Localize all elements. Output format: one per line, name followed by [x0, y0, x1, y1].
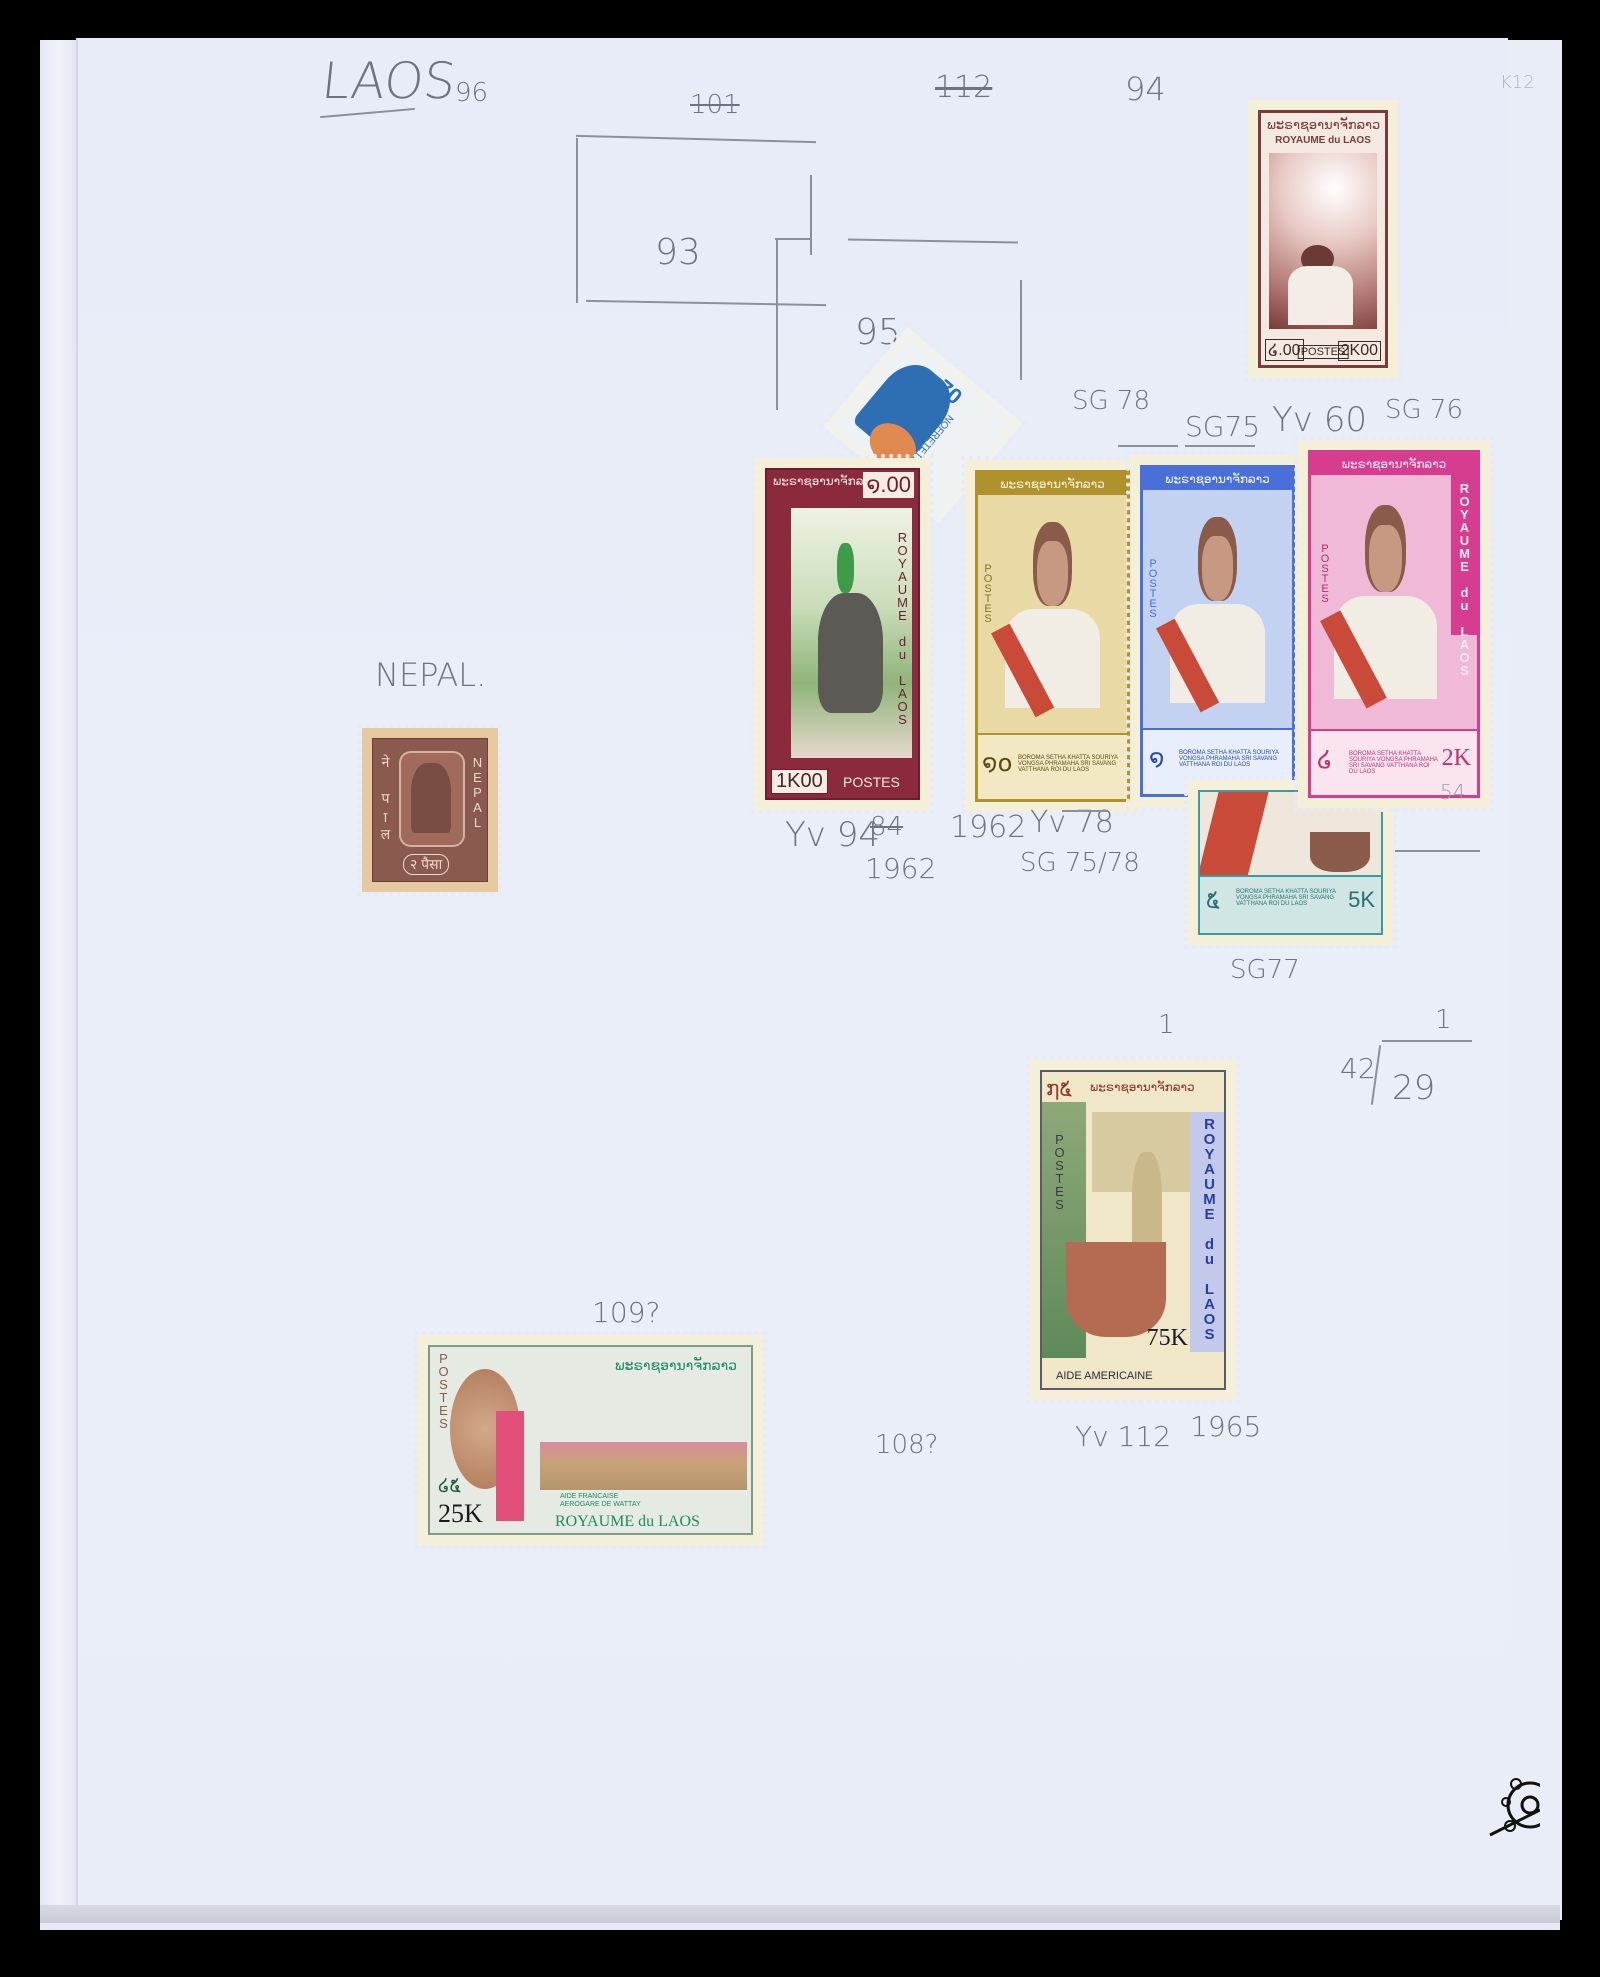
stamp-caption-line2: AEROGARE DE WATTAY: [560, 1501, 641, 1508]
stamp-caption-line1: AIDE FRANCAISE: [560, 1493, 618, 1500]
stamp-title: ROYAUME du LAOS: [1267, 135, 1379, 146]
stamp-script: ພະຣາຊອານາຈັກລາວ: [1311, 453, 1477, 475]
stamp-side-label: POSTES: [436, 1351, 451, 1429]
elephant-body: [818, 593, 883, 713]
note-year-1962-a: 1962: [865, 852, 936, 885]
dancer: [496, 1411, 524, 1521]
stamp-image-elephant: [791, 508, 912, 758]
sash: [1198, 792, 1269, 877]
stamp-script: ພະຣາຊອານາຈັກລາວ: [978, 473, 1127, 495]
note-year-1965: 1965: [1190, 1410, 1261, 1443]
note-right-edge: K12: [1500, 72, 1535, 93]
stamp-caption-panel: ໑໐ BOROMA SETHA KHATTA SOURIYA VONGSA PH…: [978, 733, 1127, 799]
stamp-value: २ पैसा: [403, 854, 449, 875]
stamp-image-reader: [1269, 153, 1377, 329]
face: [1037, 541, 1068, 605]
stamp-value-lao: ໒: [1317, 745, 1332, 774]
pencil-underline-sg75: [1185, 445, 1255, 447]
stamp-devanagari: नेपाल: [377, 753, 396, 842]
note-93: 93: [655, 232, 701, 273]
portrait-king: [411, 763, 451, 833]
note-country-nepal: NEPAL.: [375, 656, 486, 694]
stamp-right-value: 2K00: [1338, 341, 1381, 361]
ornament-watermark-icon: [1440, 1760, 1540, 1860]
bowl: [1066, 1242, 1166, 1337]
note-yv112: Yv 112: [1075, 1420, 1171, 1453]
stamp-caption: BOROMA SETHA KHATTA SOURIYA VONGSA PHRAM…: [1236, 889, 1347, 907]
stamp-value: 2K: [1442, 745, 1471, 772]
figure-body: [1288, 266, 1353, 326]
pencil-fraction-bar: [1382, 1040, 1472, 1042]
note-yv60: Yv 60: [1272, 400, 1367, 440]
stamp-top-value: ໑.00: [863, 472, 914, 498]
stamp-side-label: POSTES: [1319, 543, 1331, 603]
note-101-struck: 101: [690, 90, 740, 120]
pencil-dash: [1395, 850, 1480, 852]
stamp-script: ພະຣາຊອານາຈັກລາວ: [773, 474, 878, 488]
stamp-laos-aide-americaine: ໗໕ ພະຣາຊອານາຈັກລາວ POSTES ROYAUME du LAO…: [1030, 1060, 1236, 1400]
medals: [1310, 832, 1370, 872]
note-country-laos: LAOS: [319, 52, 459, 110]
pencil-box-95-right: [1020, 280, 1022, 380]
terminal-building: [540, 1442, 747, 1490]
face: [1369, 525, 1402, 592]
stamp-value: ໑: [1149, 744, 1164, 773]
stamp-script: ພະຣາຊອານາຈັກລາວ: [1143, 468, 1292, 490]
note-sg77: SG77: [1230, 955, 1300, 985]
stamp-value: 5K: [1348, 887, 1375, 913]
note-fraction-bottom: 29: [1392, 1068, 1435, 1108]
note-109: 109?: [592, 1296, 660, 1329]
stamp-caption: BOROMA SETHA KHATTA SOURIYA VONGSA PHRAM…: [1179, 750, 1288, 768]
stamp-script: ພະຣາຊອານາຈັກລາວ: [1267, 117, 1379, 133]
note-sg78: SG 78: [1072, 386, 1150, 416]
stamp-side-label: POSTES: [982, 563, 994, 623]
stamp-laos-king-blue: ພະຣາຊອານາຈັກລາວ POSTES ໑ BOROMA SETHA KH…: [1130, 455, 1305, 807]
stamp-value-lao: ໒໕: [438, 1475, 461, 1496]
note-sg75-78: SG 75/78: [1020, 848, 1140, 878]
stamp-caption: BOROMA SETHA KHATTA SOURIYA VONGSA PHRAM…: [1349, 751, 1439, 775]
album-binding-strip: [40, 40, 80, 1910]
stamp-portrait-frame: [399, 751, 465, 847]
note-tick-1: 1: [1158, 1010, 1175, 1040]
note-fraction-top: 42: [1340, 1052, 1376, 1085]
note-108: 108?: [875, 1430, 938, 1460]
pencil-box-95-left: [776, 240, 778, 410]
stamp-side-label: POSTES: [1052, 1132, 1067, 1210]
stamp-laos-student: ພະຣາຊອານາຈັກລາວ ROYAUME du LAOS ໒.00 POS…: [1248, 100, 1398, 378]
stamp-nepal-king: नेपाल NEPAL २ पैसा: [362, 728, 498, 892]
stamp-value: ໑໐: [982, 749, 1013, 778]
note-94: 94: [1125, 70, 1166, 108]
note-year-1962-b: 1962: [950, 810, 1026, 845]
stamp-laos-aide-francaise: POSTES ພະຣາຊອານາຈັກລາວ ໒໕ 25K AIDE FRANC…: [418, 1335, 763, 1545]
stamp-label: POSTES: [843, 774, 900, 790]
portrait-king: [1170, 514, 1265, 703]
stamp-value-lao: ໗໕: [1046, 1076, 1072, 1101]
stamp-side-label: POSTES: [1147, 558, 1159, 618]
elephant-rider: [837, 543, 854, 593]
stamp-vertical-text: ROYAUME du LAOS: [1457, 481, 1472, 676]
stamp-laos-king-pink: ພະຣາຊອານາຈັກລາວ ROYAUME du LAOS POSTES ໒…: [1298, 440, 1490, 808]
stamp-caption-panel: ໕ BOROMA SETHA KHATTA SOURIYA VONGSA PHR…: [1200, 875, 1381, 933]
stamp-laos-king-ochre: ພະຣາຊອານາຈັກລາວ POSTES ໑໐ BOROMA SETHA K…: [965, 460, 1140, 812]
stamp-value-lao: ໕: [1206, 887, 1220, 913]
note-112-struck: 112: [935, 70, 992, 105]
stamp-value: 25K: [438, 1499, 483, 1529]
stamp-title: ROYAUME du LAOS: [555, 1513, 700, 1531]
stamp-bottom-value: 1K00: [771, 769, 828, 794]
note-sg76: SG 76: [1385, 395, 1463, 425]
stamp-script: ພະຣາຊອານາຈັກລາວ: [615, 1357, 737, 1374]
note-yv94: Yv 94: [785, 815, 880, 855]
stamp-vertical-text: ROYAUME du LAOS: [895, 530, 910, 725]
pencil-dash: [1062, 810, 1107, 812]
stamp-caption: BOROMA SETHA KHATTA SOURIYA VONGSA PHRAM…: [1018, 755, 1123, 773]
album-bottom-edge: [40, 1905, 1560, 1923]
stamp-laos-elephant: ພະຣາຊອານາຈັກລາວ ໑.00 ROYAUME du LAOS 1K0…: [755, 458, 930, 810]
note-sg75: SG75: [1185, 410, 1260, 443]
note-84-struck: 84: [870, 812, 903, 842]
portrait-king: [1334, 501, 1437, 699]
pencil-box-93-right: [810, 175, 812, 255]
pencil-box-95-top-left: [775, 238, 810, 240]
stamp-vertical-text: ROYAUME du LAOS: [1201, 1116, 1218, 1341]
stamp-side-text: NEPAL: [470, 755, 485, 830]
stamp-script: ພະຣາຊອານາຈັກລາວ: [1090, 1080, 1195, 1094]
note-tick-2: 1: [1435, 1005, 1452, 1035]
portrait-king: [1005, 519, 1100, 708]
face: [1202, 536, 1233, 600]
stamp-value: 75K: [1147, 1325, 1188, 1352]
pencil-box-93-left: [576, 138, 578, 303]
note-96: 96: [455, 78, 488, 108]
stamp-caption: AIDE AMERICAINE: [1056, 1370, 1153, 1382]
pencil-dash: [1118, 445, 1178, 447]
note-54: 54: [1440, 780, 1465, 804]
